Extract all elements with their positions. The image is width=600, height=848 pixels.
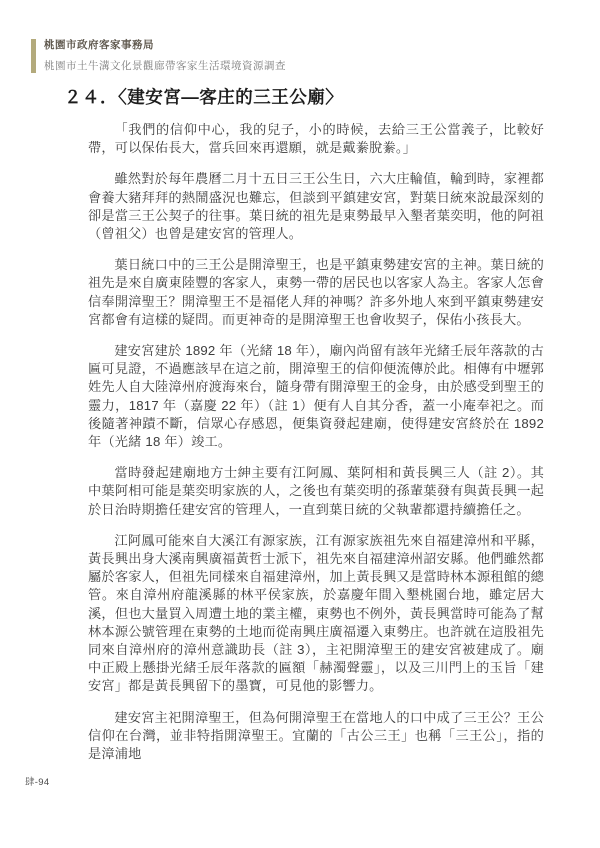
paragraph-main-deity: 葉日統口中的三王公是開漳聖王，也是平鎮東勢建安宮的主神。葉日統的祖先是來自廣東陸… <box>88 256 544 329</box>
page-header: 桃園市政府客家事務局 桃園市土牛溝文化景觀廊帶客家生活環境資源調查 <box>31 39 286 73</box>
paragraph-families: 江阿鳳可能來自大溪江有源家族，江有源家族祖先來自福建漳州和平縣，黃長興出身大溪南… <box>88 532 544 696</box>
paragraph-history: 建安宮建於 1892 年（光緒 18 年），廟內尚留有該年光緒壬辰年落款的古匾可… <box>88 342 544 451</box>
paragraph-birthday: 雖然對於每年農曆二月十五日三王公生日，六大庄輪值，輪到時，家裡都會養大豬拜拜的熱… <box>88 170 544 243</box>
header-text-block: 桃園市政府客家事務局 桃園市土牛溝文化景觀廊帶客家生活環境資源調查 <box>44 39 286 73</box>
header-department: 桃園市政府客家事務局 <box>44 39 286 52</box>
paragraph-sanwanggong: 建安宮主祀開漳聖王，但為何開漳聖王在當地人的口中成了三王公？王公信仰在台灣，並非… <box>88 709 544 764</box>
page-number: 肆-94 <box>25 774 49 788</box>
document-page: 桃園市政府客家事務局 桃園市土牛溝文化景觀廊帶客家生活環境資源調查 ２４．〈建安… <box>0 0 600 848</box>
paragraph-quote: 「我們的信仰中心，我的兒子，小的時候，去給三王公當義子，比較好帶，可以保佑長大，… <box>88 121 544 157</box>
paragraph-gentry: 當時發起建廟地方士紳主要有江阿鳳、葉阿相和黃長興三人（註 2）。其中葉阿相可能是… <box>88 464 544 519</box>
section-title: ２４．〈建安宮—客庄的三王公廟〉 <box>64 84 343 109</box>
header-accent-bar <box>31 39 36 73</box>
body-text: 「我們的信仰中心，我的兒子，小的時候，去給三王公當義子，比較好帶，可以保佑長大，… <box>88 121 544 776</box>
header-project-title: 桃園市土牛溝文化景觀廊帶客家生活環境資源調查 <box>44 60 286 73</box>
